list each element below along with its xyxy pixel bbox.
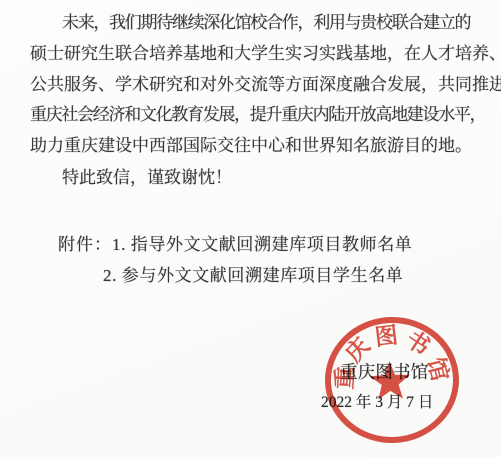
attachments-label: 附件： [58,235,112,254]
closing-line: 特此致信，谨致谢忱！ [30,163,478,194]
seal-char: 重 [332,366,358,390]
letter-page: 未来，我们期待继续深化馆校合作，利用与贵校联合建立的 硕士研究生联合培养基地和大… [0,0,501,457]
attachment-item: 2. 参与外文文献回溯建库项目学生名单 [103,266,403,285]
body-line: 重庆社会经济和文化教育发展，提升重庆内陆开放高地建设水平， [30,100,478,131]
body-line: 硕士研究生联合培养基地和大学生实习实践基地，在人才培养、 [30,39,478,70]
attachment-item: 1. 指导外文文献回溯建库项目教师名单 [112,235,412,254]
seal-char: 馆 [423,355,454,384]
seal-graphic: 重 庆 图 书 馆 [318,310,467,451]
seal-star-icon [369,360,410,399]
body-line: 未来，我们期待继续深化馆校合作，利用与贵校联合建立的 [30,8,478,39]
seal-char: 图 [373,323,399,351]
body-line: 公共服务、学术研究和对外交流等方面深度融合发展，共同推进 [30,70,478,101]
official-seal: 重 庆 图 书 馆 [318,310,467,451]
attachment-row: 2. 参与外文文献回溯建库项目学生名单 [58,261,412,292]
letter-body: 未来，我们期待继续深化馆校合作，利用与贵校联合建立的 硕士研究生联合培养基地和大… [30,8,478,194]
attachment-row: 附件：1. 指导外文文献回溯建库项目教师名单 [58,230,412,261]
body-line: 助力重庆建设中西部国际交往中心和世界知名旅游目的地。 [30,131,478,162]
attachments-block: 附件：1. 指导外文文献回溯建库项目教师名单 2. 参与外文文献回溯建库项目学生… [58,230,412,292]
